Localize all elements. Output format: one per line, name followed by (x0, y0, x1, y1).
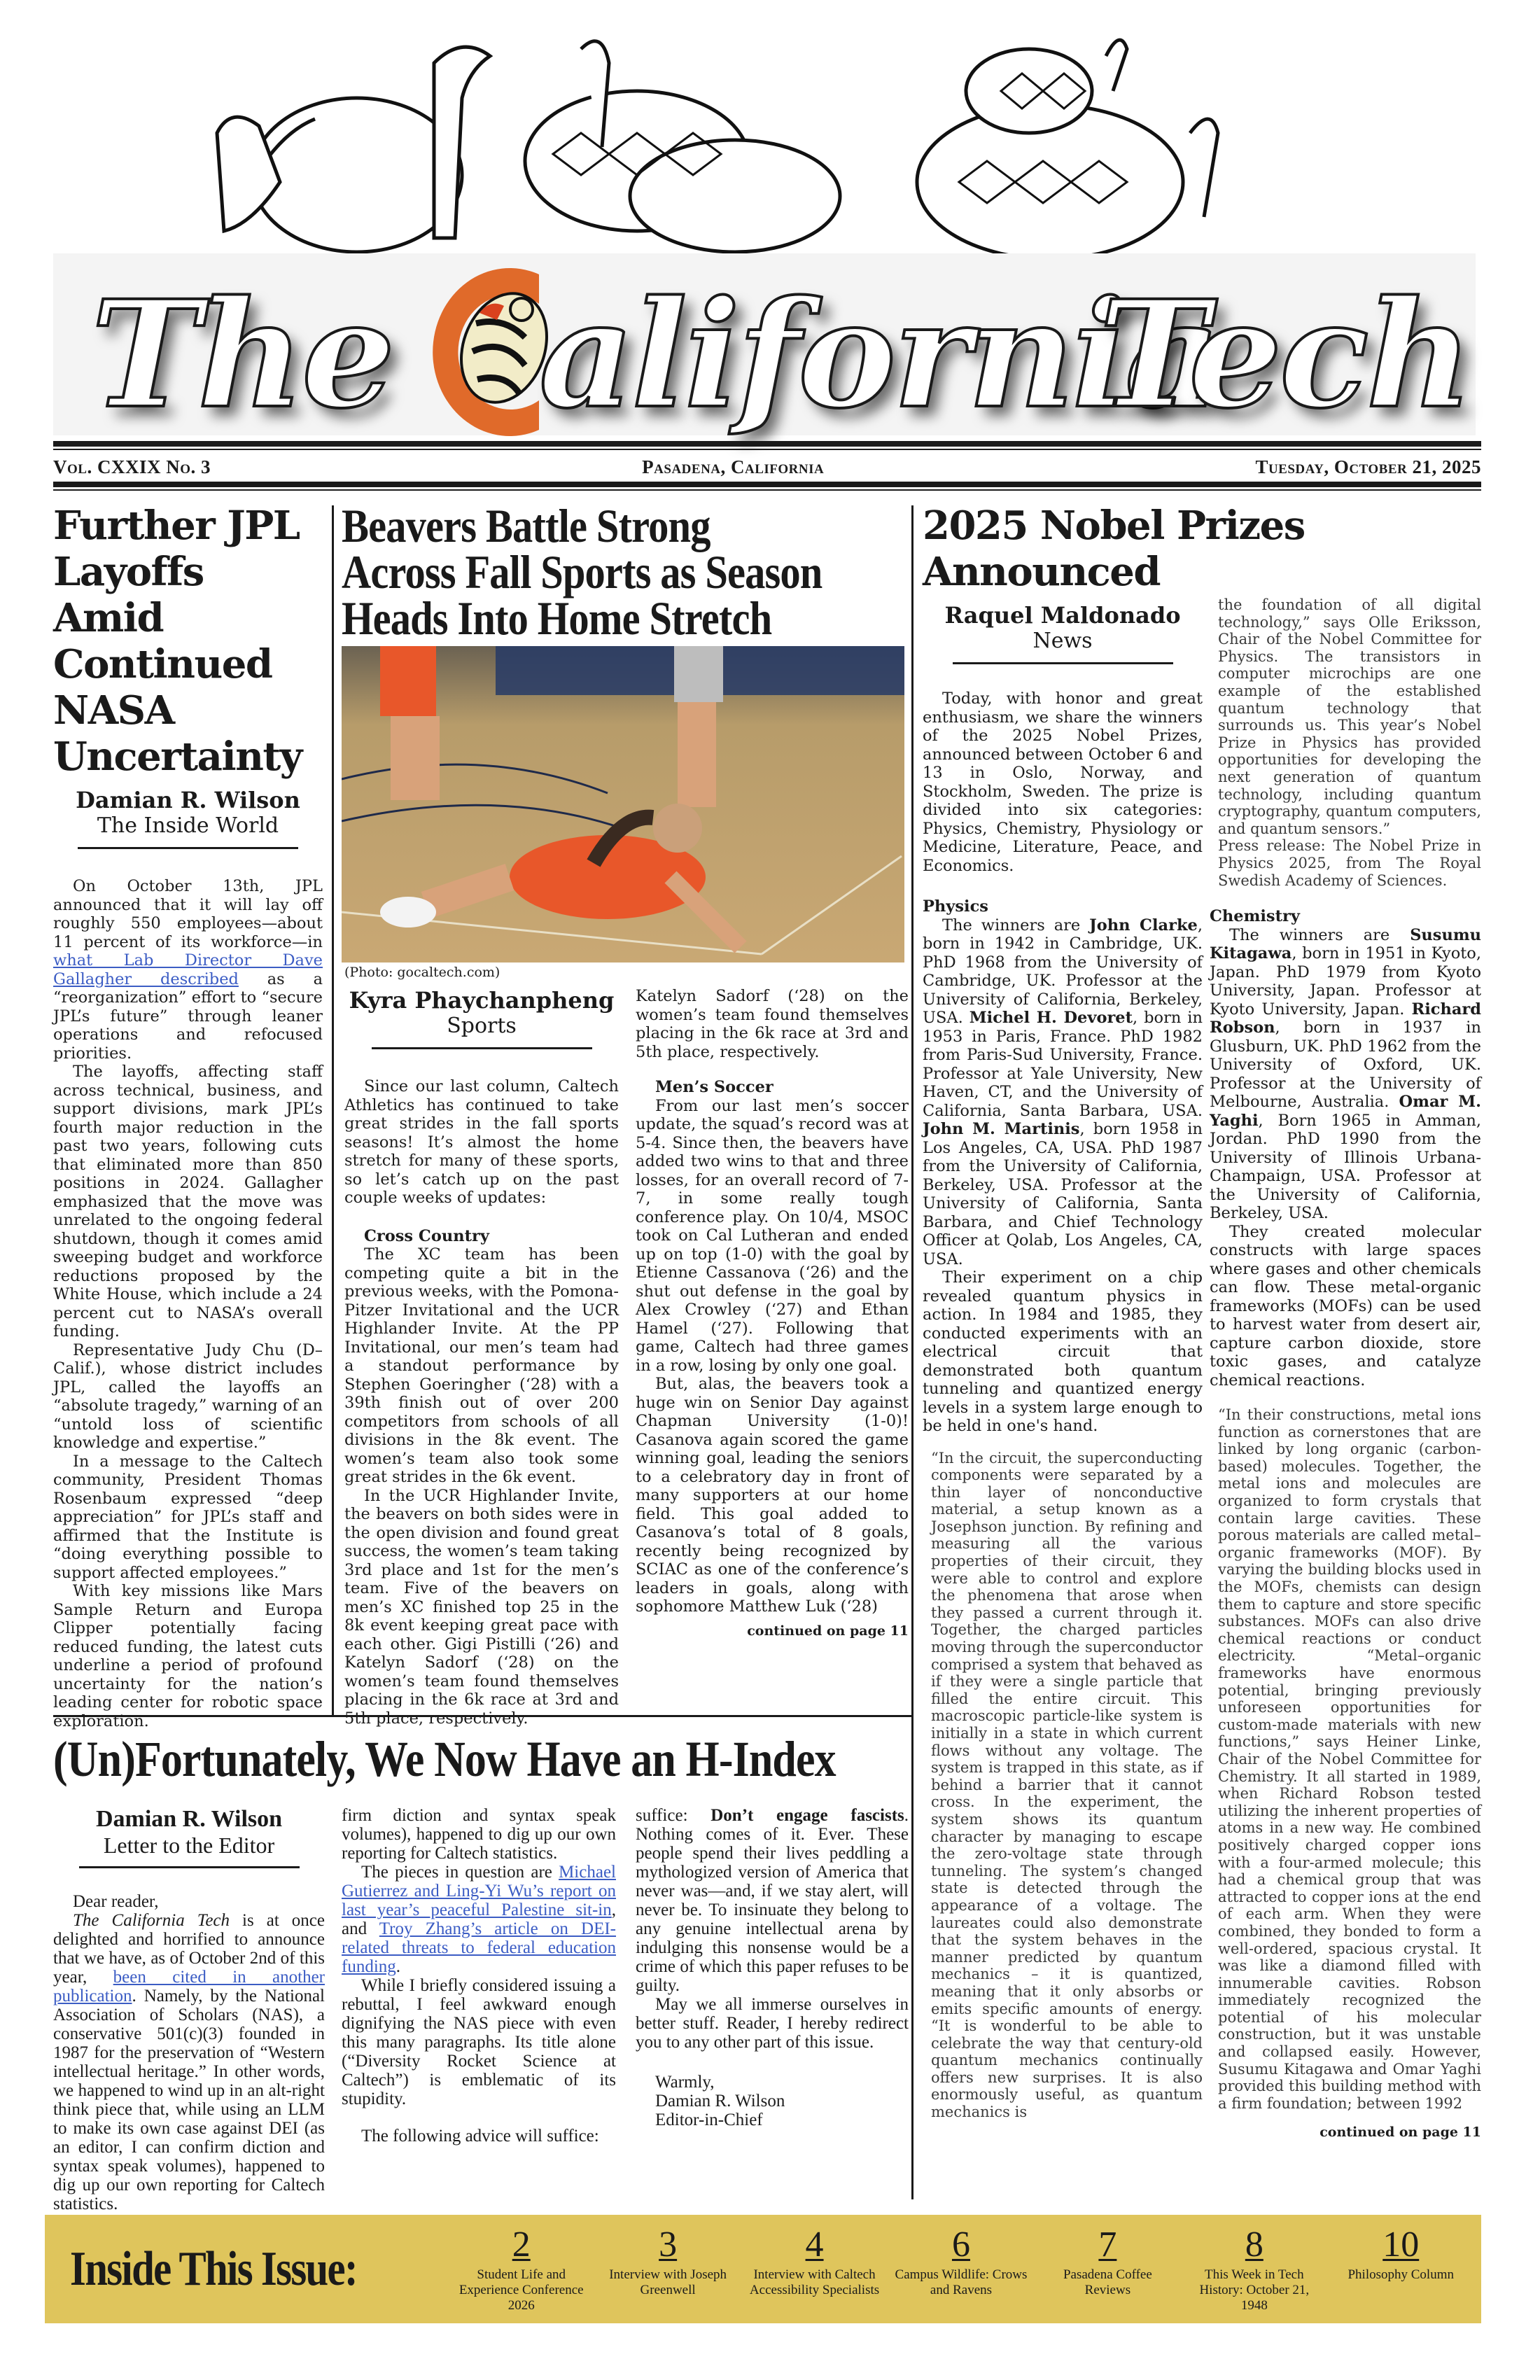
byline-rule (78, 847, 298, 849)
headline-line: Beavers Battle Strong (342, 503, 907, 549)
paragraph: firm diction and syntax speak volumes), … (342, 1806, 616, 1863)
article-sports-col1: Kyra Phaychanpheng Sports Since our last… (344, 987, 619, 1753)
inside-item-page-8[interactable]: 8 This Week in Tech History: October 21,… (1186, 2225, 1323, 2313)
page-number: 4 (746, 2225, 883, 2264)
continued-link[interactable]: continued on page 11 (1210, 2124, 1481, 2140)
text: The pieces in question are (361, 1863, 559, 1882)
article-letter-headline: (Un)Fortunately, We Now Have an H-Index (53, 1728, 907, 1791)
paragraph: suffice: Don’t engage fascists. Nothing … (636, 1806, 909, 1995)
inside-item-page-6[interactable]: 6 Campus Wildlife: Crows and Ravens (892, 2225, 1030, 2313)
column-divider (911, 505, 913, 2199)
masthead-title-the: The (91, 274, 393, 435)
signature: Warmly, Damian R. Wilson Editor-in-Chief (636, 2073, 909, 2129)
dei-article-link[interactable]: Troy Zhang’s article on DEI-related thre… (342, 1919, 616, 1976)
article-sports-col2: Katelyn Sadorf (‘28) on the women’s team… (636, 987, 909, 1640)
turtle-illustration (189, 35, 1351, 273)
paper-title: The California Tech (73, 1911, 230, 1930)
paragraph: They created molecular constructs with l… (1210, 1223, 1481, 1390)
winner-name: John M. Martinis (923, 1120, 1079, 1138)
item-label: Pasadena Coffee Reviews (1039, 2267, 1176, 2298)
paragraph: The XC team has been competing quite a b… (344, 1245, 619, 1487)
location: Pasadena, California (642, 456, 824, 478)
inside-this-issue-title: Inside This Issue: (70, 2241, 388, 2297)
headline-line: Further JPL (53, 503, 323, 549)
headline-line: Announced (923, 549, 1483, 595)
subheading-mens-soccer: Men’s Soccer (636, 1078, 909, 1097)
paragraph: Since our last column, Caltech Athletics… (344, 1077, 619, 1207)
press-release-citation: Press release: The Nobel Prize in Physic… (1210, 837, 1481, 889)
chemistry-quote: “In their constructions, metal ions func… (1210, 1406, 1481, 2112)
signature-title: Editor-in-Chief (655, 2110, 909, 2129)
text: On October 13th, JPL announced that it w… (53, 877, 323, 951)
article-body: On October 13th, JPL announced that it w… (53, 877, 323, 1730)
paragraph: The pieces in question are Michael Gutie… (342, 1863, 616, 1976)
inside-item-page-3[interactable]: 3 Interview with Joseph Greenwell (599, 2225, 736, 2313)
letter-body: firm diction and syntax speak volumes), … (342, 1806, 616, 2145)
paragraph: In a message to the Caltech community, P… (53, 1452, 323, 1583)
continued-link[interactable]: continued on page 11 (636, 1622, 909, 1641)
column-divider (332, 505, 334, 1715)
text: The winners are (942, 916, 1089, 934)
text: . Namely, by the National Association of… (53, 1987, 325, 2213)
inside-item-page-2[interactable]: 2 Student Life and Experience Conference… (453, 2225, 590, 2313)
paragraph: While I briefly considered issuing a reb… (342, 1976, 616, 2108)
paragraph: Today, with honor and great enthusiasm, … (923, 689, 1203, 875)
headline-line: NASA (53, 687, 323, 734)
page-number: 8 (1186, 2225, 1323, 2264)
paragraph: The following advice will suffice: (342, 2127, 616, 2145)
article-letter-col2: firm diction and syntax speak volumes), … (342, 1806, 616, 2145)
author-name: Kyra Phaychanpheng (344, 987, 619, 1014)
section-name: The Inside World (53, 813, 323, 839)
article-letter-col3: suffice: Don’t engage fascists. Nothing … (636, 1806, 909, 2129)
paragraph: The winners are John Clarke, born in 194… (923, 916, 1203, 1269)
volume-number: Vol. CXXIX No. 3 (53, 456, 211, 478)
item-label: Campus Wildlife: Crows and Ravens (892, 2267, 1030, 2298)
inside-this-issue-bar: Inside This Issue: 2 Student Life and Ex… (45, 2215, 1481, 2323)
article-body: Katelyn Sadorf (‘28) on the women’s team… (636, 987, 909, 1640)
paragraph: The California Tech is at once delighted… (53, 1911, 325, 2213)
article-nobel-col2: the foundation of all digital technology… (1210, 596, 1481, 2140)
author-name: Raquel Maldonado (923, 602, 1203, 629)
author-name: Damian R. Wilson (53, 787, 323, 813)
article-sports-headline: Beavers Battle Strong Across Fall Sports… (342, 503, 909, 641)
paragraph: Representative Judy Chu (D–Calif.), whos… (53, 1341, 323, 1452)
article-body: Chemistry The winners are Susumu Kitagaw… (1210, 907, 1481, 1389)
photo-caption: (Photo: gocaltech.com) (344, 965, 500, 980)
subheading-chemistry: Chemistry (1210, 907, 1481, 926)
byline-rule (372, 1047, 592, 1049)
physics-quote: “In the circuit, the superconducting com… (923, 1450, 1203, 2121)
subheading-physics: Physics (923, 897, 1203, 916)
article-body: Since our last column, Caltech Athletics… (344, 1077, 619, 1753)
paragraph: From our last men’s soccer update, the s… (636, 1097, 909, 1375)
byline-rule (79, 1866, 300, 1868)
inside-item-page-10[interactable]: 10 Philosophy Column (1332, 2225, 1469, 2313)
text: , born 1958 in Los Angeles, CA, USA. PhD… (923, 1120, 1203, 1268)
paragraph: But, alas, the beavers took a huge win o… (636, 1375, 909, 1616)
salutation: Dear reader, (53, 1892, 325, 1911)
masthead-rule-top-thin (53, 449, 1481, 450)
article-headline: Beavers Battle Strong Across Fall Sports… (342, 503, 907, 641)
item-label: Interview with Caltech Accessibility Spe… (746, 2267, 883, 2298)
page-number: 6 (892, 2225, 1030, 2264)
paragraph: Their experiment on a chip revealed quan… (923, 1268, 1203, 1436)
page-number: 2 (453, 2225, 590, 2264)
headline-line: Uncertainty (53, 734, 323, 780)
paragraph: The layoffs, affecting staff across tech… (53, 1063, 323, 1341)
item-label: This Week in Tech History: October 21, 1… (1186, 2267, 1323, 2313)
physics-quote-continued: the foundation of all digital technology… (1210, 596, 1481, 837)
headline-line: Continued (53, 641, 323, 687)
article-headline: (Un)Fortunately, We Now Have an H-Index (53, 1728, 787, 1791)
masthead-title-tech: Tech (1099, 274, 1470, 435)
headline-line: Across Fall Sports as Season (342, 549, 907, 595)
text: . (396, 1957, 400, 1976)
issue-date: Tuesday, October 21, 2025 (1255, 456, 1481, 478)
headline-line: Heads Into Home Stretch (342, 595, 907, 641)
page-number: 10 (1332, 2225, 1469, 2264)
signoff: Warmly, (655, 2073, 909, 2092)
text: The winners are (1229, 926, 1410, 944)
text: . Nothing comes of it. Ever. These peopl… (636, 1806, 909, 1995)
article-body: Today, with honor and great enthusiasm, … (923, 689, 1203, 1436)
article-jpl-layoffs: Further JPL Layoffs Amid Continued NASA … (53, 503, 323, 1730)
inside-item-page-4[interactable]: 4 Interview with Caltech Accessibility S… (746, 2225, 883, 2313)
inside-item-page-7[interactable]: 7 Pasadena Coffee Reviews (1039, 2225, 1176, 2313)
paragraph: May we all immerse ourselves in better s… (636, 1995, 909, 2052)
paragraph: The winners are Susumu Kitagawa, born in… (1210, 926, 1481, 1223)
winner-name: John Clarke (1089, 916, 1198, 934)
masthead-rule-bottom (53, 482, 1481, 487)
page-number: 3 (599, 2225, 736, 2264)
masthead-rule-bottom-thin (53, 489, 1481, 491)
letter-body: suffice: Don’t engage fascists. Nothing … (636, 1806, 909, 2129)
item-label: Interview with Joseph Greenwell (599, 2267, 736, 2298)
section-name: Letter to the Editor (53, 1833, 325, 1858)
paragraph: With key missions like Mars Sample Retur… (53, 1582, 323, 1730)
page-number: 7 (1039, 2225, 1176, 2264)
paragraph: Katelyn Sadorf (‘28) on the women’s team… (636, 987, 909, 1061)
masthead-rule-top (53, 441, 1481, 447)
volleyball-photo (342, 646, 904, 962)
dateline: Vol. CXXIX No. 3 Pasadena, California Tu… (53, 455, 1481, 479)
paragraph: In the UCR Highlander Invite, the beaver… (344, 1487, 619, 1753)
item-label: Student Life and Experience Conference 2… (453, 2267, 590, 2313)
subheading-cross-country: Cross Country (344, 1227, 619, 1246)
item-label: Philosophy Column (1332, 2267, 1469, 2283)
inside-issue-items: 2 Student Life and Experience Conference… (448, 2225, 1474, 2313)
signature-name: Damian R. Wilson (655, 2092, 909, 2110)
winner-name: Michel H. Devoret (969, 1009, 1133, 1027)
headline-line: 2025 Nobel Prizes (923, 503, 1483, 549)
article-letter-col1: Damian R. Wilson Letter to the Editor De… (53, 1806, 325, 2256)
headline-line: Layoffs Amid (53, 549, 323, 641)
byline-rule (953, 662, 1173, 664)
article-headline: 2025 Nobel Prizes Announced (923, 503, 1483, 595)
author-name: Damian R. Wilson (53, 1806, 325, 1833)
article-headline: Further JPL Layoffs Amid Continued NASA … (53, 503, 323, 780)
article-nobel-col1: 2025 Nobel Prizes Announced Raquel Maldo… (923, 503, 1203, 2121)
section-name: News (923, 629, 1203, 654)
section-name: Sports (344, 1014, 619, 1039)
letter-body: Dear reader, The California Tech is at o… (53, 1892, 325, 2256)
emphasis: Don’t engage fascists (710, 1806, 904, 1825)
paragraph: On October 13th, JPL announced that it w… (53, 877, 323, 1063)
